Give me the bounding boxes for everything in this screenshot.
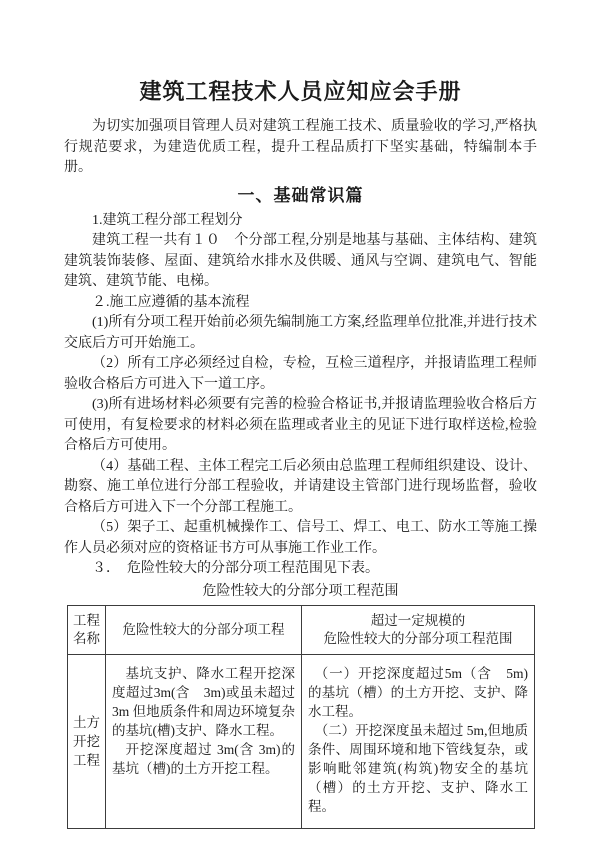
item-2-point-2: （2）所有工序必须经过自检，专检，互检三道程序，并报请监理工程师验收合格后方可进… — [64, 354, 537, 395]
header-over-scale-line2: 危险性较大的分部分项工程范围 — [304, 630, 532, 648]
cell-hazardous-works: 基坑支护、降水工程开挖深度超过3m(含 3m)或虽未超过3m 但地质条件和周边环… — [106, 654, 302, 828]
header-over-scale-line1: 超过一定规模的 — [304, 612, 532, 630]
over-scale-paragraph-1: （一）开挖深度超过5m（含 5m)的基坑（槽）的土方开挖、支护、降水工程。 — [308, 664, 528, 721]
item-1-title: 1.建筑工程分部工程划分 — [64, 211, 537, 232]
cell-project-name: 土方开挖工程 — [68, 654, 106, 828]
hazard-paragraph-1: 基坑支护、降水工程开挖深度超过3m(含 3m)或虽未超过3m 但地质条件和周边环… — [112, 664, 295, 740]
hazard-paragraph-2: 开挖深度超过 3m(含 3m)的基坑（槽)的土方开挖工程。 — [112, 740, 295, 778]
table-header-row: 工程名称 危险性较大的分部分项工程 超过一定规模的 危险性较大的分部分项工程范围 — [68, 605, 535, 654]
page-title: 建筑工程技术人员应知应会手册 — [64, 78, 537, 106]
item-2-point-1: (1)所有分项工程开始前必须先编制施工方案,经监理单位批准,并进行技术交底后方可… — [64, 313, 537, 354]
header-over-scale-works: 超过一定规模的 危险性较大的分部分项工程范围 — [302, 605, 535, 654]
header-hazardous-works: 危险性较大的分部分项工程 — [106, 605, 302, 654]
intro-paragraph: 为切实加强项目管理人员对建筑工程施工技术、质量验收的学习,严格执行规范要求，为建… — [64, 117, 537, 179]
document-page: 建筑工程技术人员应知应会手册 为切实加强项目管理人员对建筑工程施工技术、质量验收… — [0, 0, 600, 848]
hazard-scope-table: 工程名称 危险性较大的分部分项工程 超过一定规模的 危险性较大的分部分项工程范围… — [67, 605, 535, 829]
cell-over-scale-works: （一）开挖深度超过5m（含 5m)的基坑（槽）的土方开挖、支护、降水工程。 （二… — [302, 654, 535, 828]
item-1-body: 建筑工程一共有１０ 个分部工程,分别是地基与基础、主体结构、建筑建筑装饰装修、屋… — [64, 231, 537, 293]
section-heading-basics: 一、基础常识篇 — [64, 184, 537, 207]
item-3-title: ３． 危险性较大的分部分项工程范围见下表。 — [64, 559, 537, 580]
item-2-point-4: （4）基础工程、主体工程完工后必须由总监理工程师组织建设、设计、勘察、施工单位进… — [64, 457, 537, 519]
over-scale-paragraph-2: （二）开挖深度虽未超过 5m,但地质条件、周围环境和地下管线复杂，或影响毗邻建筑… — [308, 721, 528, 816]
header-project-name: 工程名称 — [68, 605, 106, 654]
table-caption: 危险性较大的分部分项工程范围 — [64, 582, 537, 601]
item-2-title: ２.施工应遵循的基本流程 — [64, 293, 537, 314]
item-2-point-5: （5）架子工、起重机械操作工、信号工、焊工、电工、防水工等施工操作人员必须对应的… — [64, 518, 537, 559]
item-2-point-3: (3)所有进场材料必须要有完善的检验合格证书,并报请监理验收合格后方可使用，有复… — [64, 395, 537, 457]
table-row: 土方开挖工程 基坑支护、降水工程开挖深度超过3m(含 3m)或虽未超过3m 但地… — [68, 654, 535, 828]
